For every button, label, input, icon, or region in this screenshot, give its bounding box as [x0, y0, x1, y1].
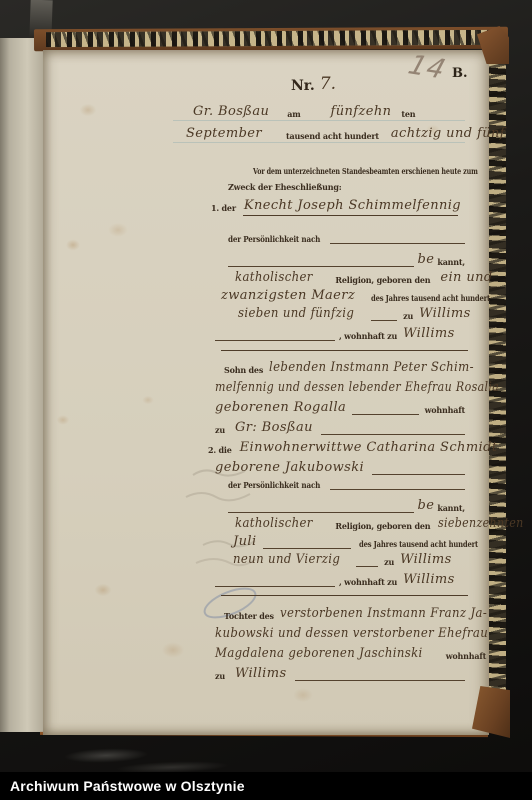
book-marbled-top-edge	[46, 30, 498, 47]
intro-line-1: Vor dem unterzeichneten Standesbeamten e…	[253, 166, 532, 176]
form-letter: B.	[452, 66, 468, 81]
bride-birthdate-hand-1: siebenzehnten	[438, 516, 524, 531]
zu-printed: zu	[403, 311, 413, 321]
bride-birthdate-hand-2: Juli	[233, 534, 257, 549]
bride-known-row: be kannt,	[228, 498, 465, 513]
record-year-hand: achtzig und fünf	[391, 126, 505, 141]
faint-guide-line	[173, 142, 465, 143]
bride-birthyear-hand: neun und Vierzig	[233, 552, 340, 567]
blank-line	[356, 555, 378, 567]
bride-residence-row: , wohnhaft zu Willims	[215, 572, 465, 587]
intro-line-2: Zweck der Eheschließung:	[228, 182, 342, 192]
groom-residence-row: , wohnhaft zu Willims	[215, 326, 465, 341]
groom-religion-row: katholischer Religion, geboren den ein u…	[235, 270, 493, 285]
birth-year-printed-2: des Jahres tausend acht hundert	[359, 539, 478, 549]
groom-residence-hand: Willims	[403, 326, 455, 341]
date-line-2: September tausend acht hundert achtzig u…	[186, 126, 505, 141]
bride-birthplace-hand: Willims	[400, 552, 452, 567]
bride-parents-residence-row: zu Willims	[215, 666, 465, 681]
record-number: Nr. 7.	[291, 74, 336, 94]
ruled-line	[221, 595, 468, 596]
groom-birthdate-row: zwanzigsten Maerz des Jahres tausend ach…	[221, 288, 511, 303]
register-page: Nr. 7. 14 B. Gr. Bosßau am fünfzehn ten …	[43, 50, 489, 735]
religion-printed: Religion, geboren den	[335, 275, 430, 285]
zu-printed-4: zu	[215, 671, 225, 681]
bride-residence-hand: Willims	[403, 572, 455, 587]
groom-name-hand: Knecht Joseph Schimmelfennig	[244, 198, 461, 213]
blank-line	[263, 537, 351, 549]
groom-item-label: 1. der	[211, 203, 236, 213]
bride-name-hand: Einwohnerwittwe Catharina Schmidt	[240, 440, 498, 455]
blank-line	[371, 309, 397, 321]
blank-line	[215, 575, 335, 587]
groom-birthyear-row: sieben und fünfzig zu Willims	[238, 306, 465, 321]
bride-parents-row-1: Tochter des verstorbenen Instmann Franz …	[224, 606, 510, 621]
groom-parents-residence-row: zu Gr: Bosßau	[215, 420, 465, 435]
blank-line	[330, 478, 465, 490]
record-number-value: 7.	[320, 74, 336, 94]
groom-parents-row-1: Sohn des lebenden Instmann Peter Schim-	[224, 360, 497, 375]
left-page-edge	[0, 38, 44, 732]
groom-birthplace-hand: Willims	[419, 306, 471, 321]
intro-text-1: Vor dem unterzeichneten Standesbeamten e…	[253, 166, 478, 176]
bride-parents-hand-1: verstorbenen Instmann Franz Ja-	[280, 606, 487, 621]
faint-guide-line	[173, 120, 465, 121]
bride-mother-maiden-hand: Magdalena geborenen Jaschinski	[215, 646, 423, 661]
bride-item-label: 2. die	[208, 445, 232, 455]
archive-name: Archiwum Państwowe w Olsztynie	[0, 778, 245, 794]
bride-maiden-hand: geborene Jakubowski	[215, 460, 364, 475]
date-line-1: Gr. Bosßau am fünfzehn ten	[193, 104, 415, 119]
archive-watermark-bar: Archiwum Państwowe w Olsztynie	[0, 772, 532, 800]
record-number-label: Nr.	[291, 78, 315, 94]
bride-parents-hand-2: kubowski und dessen verstorbener Ehefrau	[215, 626, 488, 641]
daughter-of-printed: Tochter des	[224, 611, 274, 621]
zu-printed-2: zu	[215, 425, 225, 435]
ten-suffix: ten	[401, 109, 415, 119]
wohnhaft-printed: wohnhaft	[425, 405, 465, 415]
blank-line	[321, 423, 465, 435]
identity-label: der Persönlichkeit nach	[228, 234, 320, 244]
blank-line	[295, 669, 465, 681]
pencil-page-number: 14	[405, 50, 450, 86]
groom-mother-maiden-hand: geborenen Rogalla	[215, 400, 346, 415]
resident-printed-2: , wohnhaft zu	[339, 577, 397, 587]
ruled-line	[221, 350, 468, 351]
known-printed-2: kannt,	[437, 503, 465, 513]
bride-religion-hand: katholischer	[235, 516, 313, 531]
religion-printed-2: Religion, geboren den	[335, 521, 430, 531]
groom-birthyear-hand: sieben und fünfzig	[238, 306, 354, 321]
record-month-hand: September	[186, 126, 262, 141]
zu-printed-3: zu	[384, 557, 394, 567]
record-day-hand: fünfzehn	[331, 104, 392, 119]
ruled-line	[243, 215, 458, 216]
groom-identity-row: der Persönlichkeit nach	[228, 232, 465, 244]
bride-birthdate-row: Juli des Jahres tausend acht hundert	[233, 534, 465, 549]
blank-line	[330, 232, 465, 244]
bride-parents-row-3: Magdalena geborenen Jaschinski wohnhaft	[215, 646, 465, 661]
groom-birthdate-hand-2: zwanzigsten Maerz	[221, 288, 355, 303]
blank-line	[372, 463, 465, 475]
blank-line	[228, 501, 414, 513]
bride-name-row: 2. die Einwohnerwittwe Catharina Schmidt	[208, 440, 497, 455]
known-printed: kannt,	[437, 257, 465, 267]
blank-line	[352, 403, 418, 415]
groom-parents-row-2: melfennig und dessen lebender Ehefrau Ro…	[215, 380, 532, 395]
wohnhaft-printed-2: wohnhaft	[446, 651, 486, 661]
birth-year-printed: des Jahres tausend acht hundert	[371, 293, 490, 303]
record-place-hand: Gr. Bosßau	[193, 104, 269, 119]
bride-known-hand: be	[418, 498, 435, 513]
groom-religion-hand: katholischer	[235, 270, 313, 285]
groom-parents-hand-1: lebenden Instmann Peter Schim-	[269, 360, 474, 375]
bride-religion-row: katholischer Religion, geboren den siebe…	[235, 516, 532, 531]
intro-text-2: Zweck der Eheschließung:	[228, 182, 342, 192]
bride-parents-row-2: kubowski und dessen verstorbener Ehefrau	[215, 626, 518, 641]
bride-parents-residence-hand: Willims	[235, 666, 287, 681]
blank-line	[228, 255, 414, 267]
bride-maiden-row: geborene Jakubowski	[215, 460, 465, 475]
identity-label-2: der Persönlichkeit nach	[228, 480, 320, 490]
groom-parents-hand-2: melfennig und dessen lebender Ehefrau Ro…	[215, 380, 499, 395]
blank-line	[215, 329, 335, 341]
am-label: am	[287, 109, 300, 119]
year-printed: tausend acht hundert	[286, 131, 379, 141]
groom-parents-row-3: geborenen Rogalla wohnhaft	[215, 400, 465, 415]
groom-name-row: 1. der Knecht Joseph Schimmelfennig	[211, 198, 465, 213]
groom-parents-residence-hand: Gr: Bosßau	[235, 420, 313, 435]
son-of-printed: Sohn des	[224, 365, 263, 375]
resident-printed: , wohnhaft zu	[339, 331, 397, 341]
groom-known-row: be kannt,	[228, 252, 465, 267]
groom-known-hand: be	[418, 252, 435, 267]
bride-birthyear-row: neun und Vierzig zu Willims	[233, 552, 465, 567]
groom-birthdate-hand-1: ein und	[440, 270, 492, 285]
bride-identity-row: der Persönlichkeit nach	[228, 478, 465, 490]
